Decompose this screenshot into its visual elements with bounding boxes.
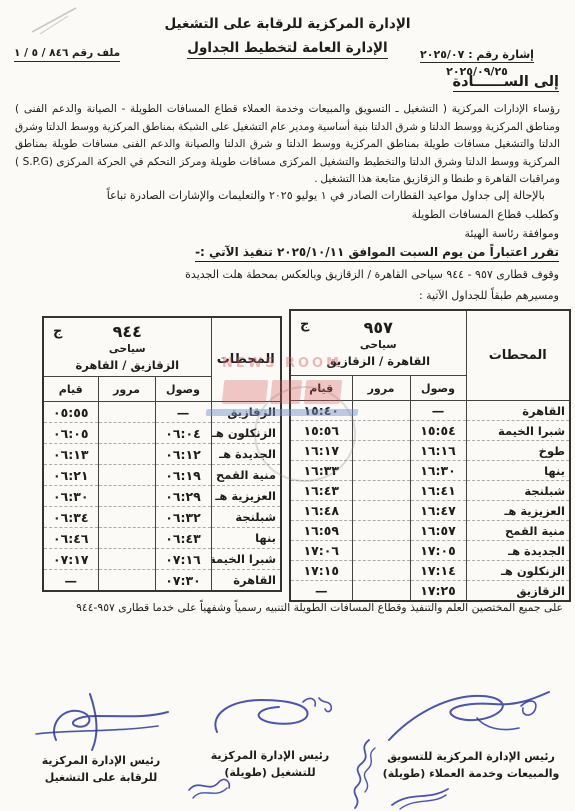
station-cell: شبرا الخيمة	[466, 421, 570, 441]
signature-block-control: رئيس الإدارة المركزية للرقابة على التشغي…	[20, 690, 182, 786]
reference-schedules-line: بالإحالة إلى جداول مواعيد القطارات الصاد…	[14, 189, 545, 202]
route: الزقازيق / القاهرة	[44, 358, 211, 372]
station-cell: منية القمح	[211, 465, 281, 486]
signature-title-line1: رئيس الإدارة المركزية	[20, 752, 182, 769]
table-row: شبرا الخيمة١٥:٥٤١٥:٥٦	[290, 421, 570, 441]
train-stop-line: وقوف قطارى ٩٥٧ - ٩٤٤ سياحى القاهرة / الز…	[14, 268, 559, 281]
ink-scribble-bottom-right	[388, 785, 452, 811]
arrive-cell: ٠٦:١٢	[155, 444, 211, 465]
depart-cell: —	[43, 570, 98, 592]
signature-title-line2: للرقابة على التشغيل	[20, 769, 182, 786]
pass-cell	[352, 401, 410, 421]
arrive-cell: ١٦:٤١	[410, 481, 466, 501]
stations-column-header: المحطات	[466, 310, 570, 401]
depart-cell: ٠٧:١٧	[43, 549, 98, 570]
arrive-cell: ١٦:٤٧	[410, 501, 466, 521]
table-row: الزنكلون هـ١٧:١٤١٧:١٥	[290, 561, 570, 581]
signature-block-marketing: رئيس الإدارة المركزية للتسويق والمبيعات …	[375, 688, 567, 782]
station-cell: العزيزية هـ	[211, 486, 281, 507]
pass-cell	[98, 444, 155, 465]
arrive-cell: ١٦:٥٧	[410, 521, 466, 541]
table-row: شبلنجة١٦:٤١١٦:٤٣	[290, 481, 570, 501]
depart-cell: ٠٦:٣٤	[43, 507, 98, 528]
depart-cell: ١٦:١٧	[290, 441, 352, 461]
train-number: ٩٤٤	[44, 322, 211, 341]
train-957-schedule-table: المحطات ج ٩٥٧ سياحى القاهرة / الزقازيق و…	[291, 309, 571, 602]
salutation-line: إلى الســــــادة	[453, 74, 559, 90]
org-title-line1: الإدارة المركزية للرقابة على التشغيل	[0, 16, 575, 32]
pass-cell	[352, 461, 410, 481]
pass-column-header: مرور	[352, 376, 410, 401]
arrive-cell: ٠٧:١٦	[155, 549, 211, 570]
station-cell: شبلنجة	[466, 481, 570, 501]
depart-cell: ٠٦:١٣	[43, 444, 98, 465]
station-cell: الزنكلون هـ	[211, 423, 281, 444]
table-row: منية القمح٠٦:١٩٠٦:٢١	[43, 465, 281, 486]
scanned-document-page: الإدارة المركزية للرقابة على التشغيل الإ…	[0, 0, 575, 811]
depart-cell: ١٧:١٥	[290, 561, 352, 581]
depart-cell: ١٦:٥٩	[290, 521, 352, 541]
class-letter: ج	[300, 317, 309, 332]
pass-cell	[352, 481, 410, 501]
station-cell: الزنكلون هـ	[466, 561, 570, 581]
table-row: بنها١٦:٣٠١٦:٣٣	[290, 461, 570, 481]
pass-cell	[98, 465, 155, 486]
pass-cell	[352, 541, 410, 561]
ink-scribble-vertical	[343, 736, 383, 810]
pass-cell	[352, 421, 410, 441]
arrive-cell: —	[410, 401, 466, 421]
table-row: شبرا الخيمة٠٧:١٦٠٧:١٧	[43, 549, 281, 570]
service-type: سياحى	[291, 339, 466, 351]
table-row: طوخ١٦:١٦١٦:١٧	[290, 441, 570, 461]
station-cell: القاهرة	[211, 570, 281, 592]
arrive-cell: ٠٦:١٩	[155, 465, 211, 486]
depart-cell: ٠٥:٥٥	[43, 402, 98, 423]
arrive-cell: ٠٦:٤٣	[155, 528, 211, 549]
pass-cell	[98, 402, 155, 423]
depart-cell: ١٧:٠٦	[290, 541, 352, 561]
table-row: الزنكلون هـ٠٦:٠٤٠٦:٠٥	[43, 423, 281, 444]
addressees-paragraph: رؤساء الإدارات المركزية ( التشغيل ـ التس…	[15, 101, 560, 189]
arrive-cell: ٠٧:٣٠	[155, 570, 211, 592]
depart-cell: ٠٦:٤٦	[43, 528, 98, 549]
decision-line: تقرر اعتباراً من يوم السبت الموافق ٢٠٢٥/…	[14, 245, 559, 259]
table-row: الجديدة هـ٠٦:١٢٠٦:١٣	[43, 444, 281, 465]
pass-cell	[352, 581, 410, 602]
depart-cell: ١٦:٤٣	[290, 481, 352, 501]
reference-number: إشارة رقم : ٢٠٢٥/٠٧	[420, 48, 534, 63]
arrive-cell: —	[155, 402, 211, 423]
authority-approval-line: وموافقة رئاسة الهيئة	[14, 227, 559, 240]
arrive-cell: ١٧:١٤	[410, 561, 466, 581]
reference-block: إشارة رقم : ٢٠٢٥/٠٧ ٢٠٢٥/٠٩/٢٥	[393, 43, 561, 78]
depart-cell: ٠٦:٢١	[43, 465, 98, 486]
depart-cell: ١٦:٣٣	[290, 461, 352, 481]
signature-scribble-operations	[203, 692, 338, 747]
depart-cell: ١٥:٥٦	[290, 421, 352, 441]
pass-cell	[98, 570, 155, 592]
pass-cell	[352, 561, 410, 581]
pass-cell	[98, 549, 155, 570]
arrive-cell: ١٧:٢٥	[410, 581, 466, 602]
pass-cell	[98, 486, 155, 507]
pass-cell	[352, 501, 410, 521]
arrive-cell: ١٧:٠٥	[410, 541, 466, 561]
station-cell: القاهرة	[466, 401, 570, 421]
arrive-column-header: وصول	[410, 376, 466, 401]
station-cell: شبرا الخيمة	[211, 549, 281, 570]
circulation-note: على جميع المختصين العلم والتنفيذ وقطاع ا…	[10, 601, 563, 614]
station-cell: الزقازيق	[211, 402, 281, 423]
pass-cell	[98, 528, 155, 549]
table-row: الزقازيق—٠٥:٥٥	[43, 402, 281, 423]
class-letter: ج	[53, 324, 62, 339]
stations-column-header: المحطات	[211, 317, 281, 402]
arrive-cell: ٠٦:٠٤	[155, 423, 211, 444]
depart-column-header: قيام	[43, 377, 98, 402]
ink-scribble-middle-left	[185, 772, 233, 802]
table-row: منية القمح١٦:٥٧١٦:٥٩	[290, 521, 570, 541]
train-number: ٩٥٧	[291, 318, 466, 337]
signature-title-line2: والمبيعات وخدمة العملاء (طويلة)	[375, 765, 567, 782]
pass-cell	[352, 521, 410, 541]
service-type: سياحى	[44, 343, 211, 355]
station-cell: الزقازيق	[466, 581, 570, 602]
arrive-cell: ١٦:٣٠	[410, 461, 466, 481]
depart-cell: ١٦:٤٨	[290, 501, 352, 521]
table-row: القاهرة—١٥:٤٠	[290, 401, 570, 421]
station-cell: منية القمح	[466, 521, 570, 541]
table-row: العزيزية هـ١٦:٤٧١٦:٤٨	[290, 501, 570, 521]
arrive-column-header: وصول	[155, 377, 211, 402]
arrive-cell: ١٥:٥٤	[410, 421, 466, 441]
pass-cell	[98, 507, 155, 528]
signature-scribble-marketing	[381, 688, 561, 748]
train-944-schedule-table: المحطات ج ٩٤٤ سياحى الزقازيق / القاهرة و…	[42, 316, 282, 592]
depart-cell: ٠٦:٣٠	[43, 486, 98, 507]
station-cell: طوخ	[466, 441, 570, 461]
station-cell: العزيزية هـ	[466, 501, 570, 521]
arrive-cell: ٠٦:٣٢	[155, 507, 211, 528]
sector-request-line: وكطلب قطاع المسافات الطويلة	[14, 208, 559, 221]
station-cell: الجديدة هـ	[466, 541, 570, 561]
signature-title-line1: رئيس الإدارة المركزية للتسويق	[375, 748, 567, 765]
signature-title-line1: رئيس الإدارة المركزية	[200, 747, 340, 764]
station-cell: الجديدة هـ	[211, 444, 281, 465]
station-cell: بنها	[211, 528, 281, 549]
arrive-cell: ١٦:١٦	[410, 441, 466, 461]
table-row: شبلنجة٠٦:٣٢٠٦:٣٤	[43, 507, 281, 528]
depart-column-header: قيام	[290, 376, 352, 401]
train-944-info-header: ج ٩٤٤ سياحى الزقازيق / القاهرة	[43, 317, 211, 377]
tables-intro-line: ومسيرهم طبقاً للجداول الآتية :	[14, 289, 559, 302]
station-cell: بنها	[466, 461, 570, 481]
depart-cell: —	[290, 581, 352, 602]
table-row: العزيزية هـ٠٦:٢٩٠٦:٣٠	[43, 486, 281, 507]
table-row: الجديدة هـ١٧:٠٥١٧:٠٦	[290, 541, 570, 561]
depart-cell: ٠٦:٠٥	[43, 423, 98, 444]
signature-scribble-control	[26, 690, 176, 752]
pass-column-header: مرور	[98, 377, 155, 402]
depart-cell: ١٥:٤٠	[290, 401, 352, 421]
pass-cell	[98, 423, 155, 444]
table-row: بنها٠٦:٤٣٠٦:٤٦	[43, 528, 281, 549]
train-957-info-header: ج ٩٥٧ سياحى القاهرة / الزقازيق	[290, 310, 466, 376]
signature-block-operations: رئيس الإدارة المركزية للتشغيل (طويلة)	[200, 692, 340, 781]
table-row: القاهرة٠٧:٣٠—	[43, 570, 281, 592]
file-number: ملف رقم ٨٤٦ / ٥ / ١	[14, 47, 120, 62]
pass-cell	[352, 441, 410, 461]
station-cell: شبلنجة	[211, 507, 281, 528]
route: القاهرة / الزقازيق	[291, 354, 466, 368]
arrive-cell: ٠٦:٢٩	[155, 486, 211, 507]
table-row: الزقازيق١٧:٢٥—	[290, 581, 570, 602]
